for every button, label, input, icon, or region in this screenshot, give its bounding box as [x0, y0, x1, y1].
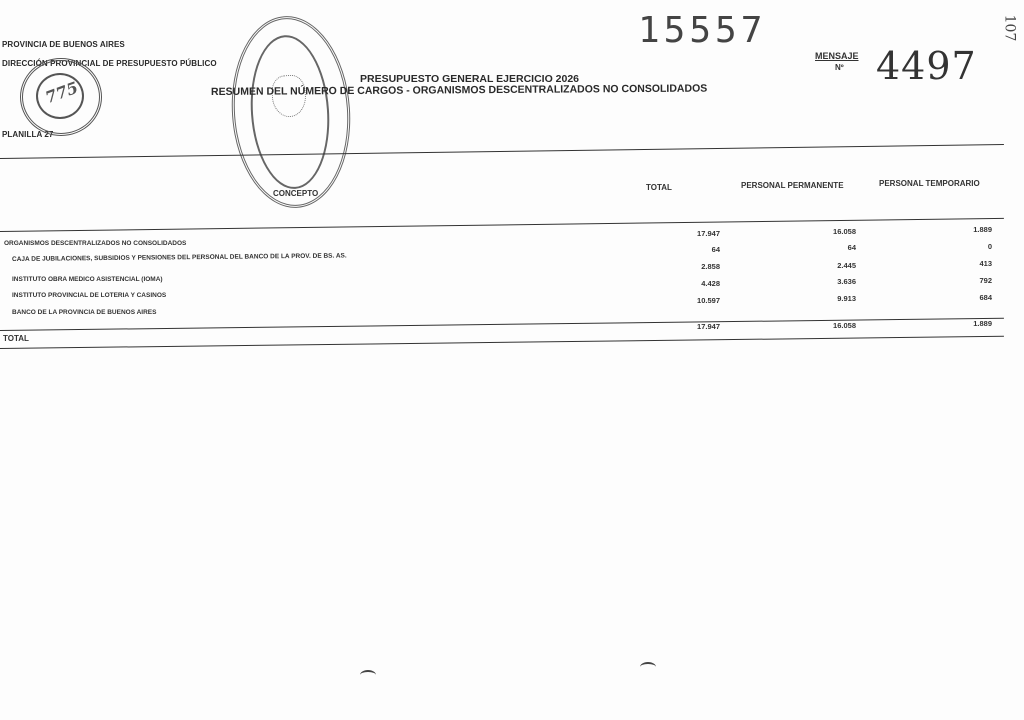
row-temporario: 792 — [950, 276, 992, 285]
oval-seal — [225, 12, 356, 212]
row-permanente: 64 — [800, 243, 856, 252]
row-temporario: 0 — [950, 242, 992, 251]
row-label: INSTITUTO PROVINCIAL DE LOTERIA Y CASINO… — [12, 292, 166, 299]
column-header-temporario: PERSONAL TEMPORARIO — [879, 179, 980, 188]
total-bottom-rule — [0, 336, 1004, 349]
column-header-total: TOTAL — [646, 183, 672, 192]
row-total: 10.597 — [660, 296, 720, 305]
total-temporario: 1.889 — [950, 319, 992, 328]
file-number-stamp: 15557 — [638, 10, 766, 51]
row-label: INSTITUTO OBRA MEDICO ASISTENCIAL (IOMA) — [12, 276, 163, 283]
punch-hole-mark — [360, 670, 376, 680]
column-header-permanente: PERSONAL PERMANENTE — [741, 181, 844, 190]
header-rule — [0, 144, 1004, 159]
total-permanente: 16.058 — [800, 321, 856, 330]
group-label: ORGANISMOS DESCENTRALIZADOS NO CONSOLIDA… — [4, 240, 186, 247]
group-total: 17.947 — [660, 229, 720, 238]
row-label: CAJA DE JUBILACIONES, SUBSIDIOS Y PENSIO… — [12, 252, 347, 263]
row-label: BANCO DE LA PROVINCIA DE BUENOS AIRES — [12, 309, 156, 316]
mensaje-number: 4497 — [876, 44, 977, 88]
org-line-1: PROVINCIA DE BUENOS AIRES — [2, 40, 125, 49]
page-mark: 107 — [1001, 15, 1017, 42]
row-permanente: 9.913 — [800, 294, 856, 303]
group-permanente: 16.058 — [800, 227, 856, 236]
mensaje-no-label: Nº — [835, 63, 844, 72]
row-total: 4.428 — [660, 279, 720, 288]
group-temporario: 1.889 — [950, 225, 992, 234]
total-label: TOTAL — [3, 334, 29, 343]
column-header-concepto: CONCEPTO — [273, 189, 318, 198]
punch-hole-mark — [640, 662, 656, 672]
row-total: 64 — [660, 245, 720, 254]
mensaje-label: MENSAJE — [815, 51, 859, 61]
total-total: 17.947 — [660, 322, 720, 331]
document-subtitle: RESUMEN DEL NÚMERO DE CARGOS - ORGANISMO… — [211, 83, 707, 98]
row-permanente: 3.636 — [800, 277, 856, 286]
row-total: 2.858 — [660, 262, 720, 271]
row-temporario: 413 — [950, 259, 992, 268]
round-seal: 775 — [20, 58, 102, 136]
row-permanente: 2.445 — [800, 261, 856, 270]
row-temporario: 684 — [950, 293, 992, 302]
